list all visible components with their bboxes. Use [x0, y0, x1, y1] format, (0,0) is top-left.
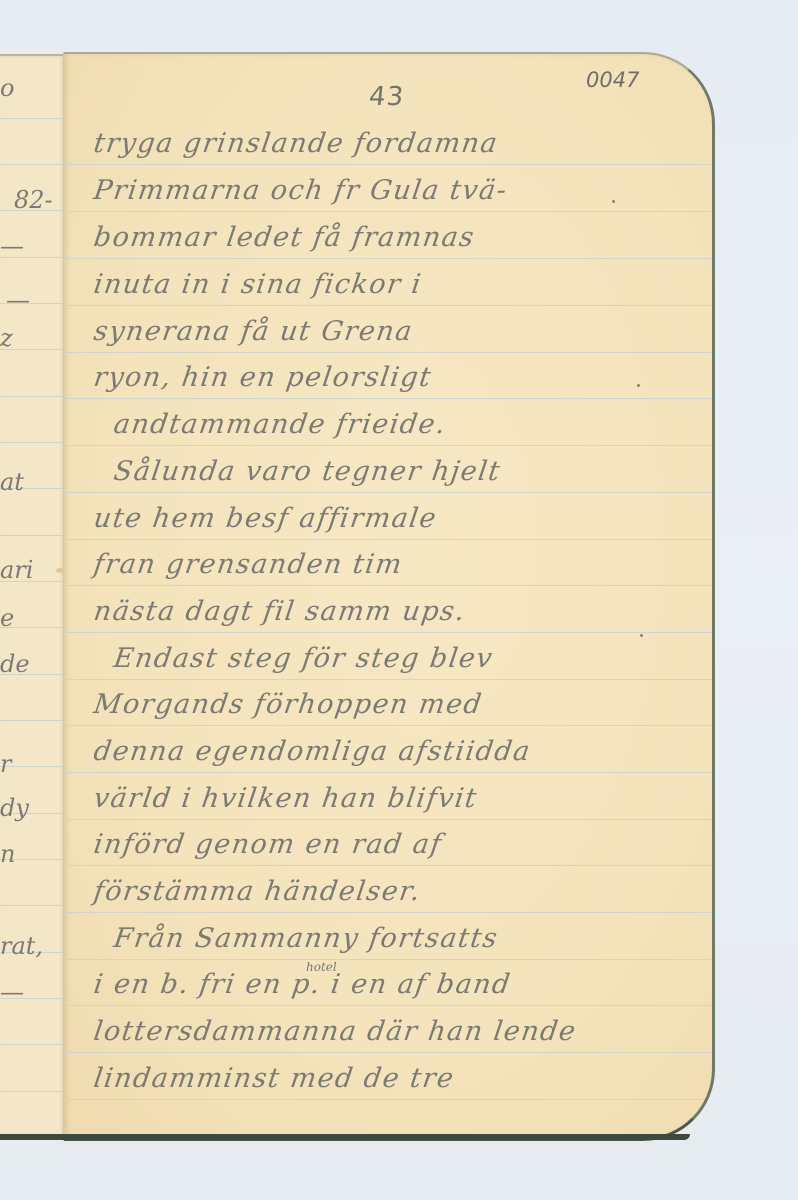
rule-line [0, 905, 64, 906]
handwritten-line: synerana få ut Grena [92, 316, 415, 347]
handwritten-line: Primmarna och fr Gula tvä- [92, 175, 510, 206]
handwritten-line: lottersdammanna där han lende [92, 1016, 579, 1047]
handwritten-line: Från Sammanny fortsatts [112, 923, 501, 954]
rule-line [64, 585, 712, 586]
rule-line [64, 725, 712, 726]
rule-line [64, 772, 712, 773]
left-fragment-text: dy [0, 794, 29, 822]
rule-line [0, 535, 64, 536]
rule-line [64, 912, 712, 913]
page-number: 43 [367, 82, 405, 112]
left-fragment-text: r [0, 750, 11, 778]
rule-line [0, 164, 64, 165]
paper-speck [637, 384, 640, 387]
left-fragment-text: — [6, 286, 30, 314]
handwritten-line: ryon, hin en pelorsligt [92, 362, 434, 393]
rule-line [0, 396, 64, 397]
scanned-notebook: o 82- — z — at ari e de r dy n rat, — [0, 0, 798, 1200]
rule-line [64, 1052, 712, 1053]
rule-line [0, 1044, 64, 1045]
paper-speck [640, 634, 643, 637]
rule-line [64, 305, 712, 306]
handwritten-line: förstämma händelser. [92, 876, 423, 907]
handwritten-line: värld i hvilken han blifvit [92, 783, 480, 814]
rule-line [64, 1005, 712, 1006]
notebook-cover-edge [0, 1134, 690, 1140]
rule-line [64, 1099, 712, 1100]
rule-line [64, 959, 712, 960]
paper-stain [56, 568, 63, 573]
rule-line [64, 819, 712, 820]
rule-line [0, 118, 64, 119]
handwritten-line: denna egendomliga afstiidda [92, 736, 533, 767]
handwritten-line: tryga grinslande fordamna [92, 128, 500, 159]
left-fragment-text: — [0, 978, 24, 1006]
rule-line [64, 539, 712, 540]
rule-line [64, 352, 712, 353]
handwritten-line: nästa dagt fil samm ups. [92, 596, 468, 627]
rule-line [64, 398, 712, 399]
rule-line [64, 258, 712, 259]
handwritten-line: lindamminst med de tre [92, 1063, 457, 1094]
rule-line [64, 164, 712, 165]
handwritten-line: i en b. fri en p. i en af band [92, 969, 513, 1000]
left-fragment-text: n [0, 840, 15, 868]
rule-line [64, 632, 712, 633]
rule-line [64, 445, 712, 446]
handwritten-line: fran grensanden tim [92, 549, 405, 580]
rule-line [64, 865, 712, 866]
left-fragment-text: rat, [0, 932, 43, 960]
handwritten-line: andtammande frieide. [112, 409, 449, 440]
left-fragment-text: — [0, 232, 24, 260]
left-fragment-text: de [0, 650, 30, 678]
handwritten-line: införd genom en rad af [92, 829, 444, 860]
right-page: 43 0047 tryga grinslande fordamna Primma… [64, 52, 715, 1141]
left-fragment-text: o [0, 74, 14, 102]
rule-line [0, 720, 64, 721]
handwritten-line: bommar ledet få framnas [92, 222, 477, 253]
handwritten-line: inuta in i sina fickor i [92, 269, 424, 300]
archive-number: 0047 [586, 68, 639, 92]
handwritten-line: Endast steg för steg blev [112, 643, 496, 674]
paper-speck [612, 200, 615, 203]
rule-line [64, 211, 712, 212]
left-fragment-text: 82- [14, 186, 53, 214]
rule-line [64, 492, 712, 493]
rule-line [0, 442, 64, 443]
handwritten-line: Morgands förhoppen med [92, 689, 485, 720]
handwritten-line: Sålunda varo tegner hjelt [112, 456, 503, 487]
rule-line [0, 1091, 64, 1092]
left-fragment-text: e [0, 604, 14, 632]
left-fragment-text: at [0, 468, 24, 496]
left-page-fragment: o 82- — z — at ari e de r dy n rat, — [0, 54, 64, 1140]
left-fragment-text: z [0, 324, 13, 352]
left-fragment-text: ari [0, 556, 33, 584]
rule-line [64, 679, 712, 680]
handwritten-line: ute hem besf affirmale [92, 503, 439, 534]
